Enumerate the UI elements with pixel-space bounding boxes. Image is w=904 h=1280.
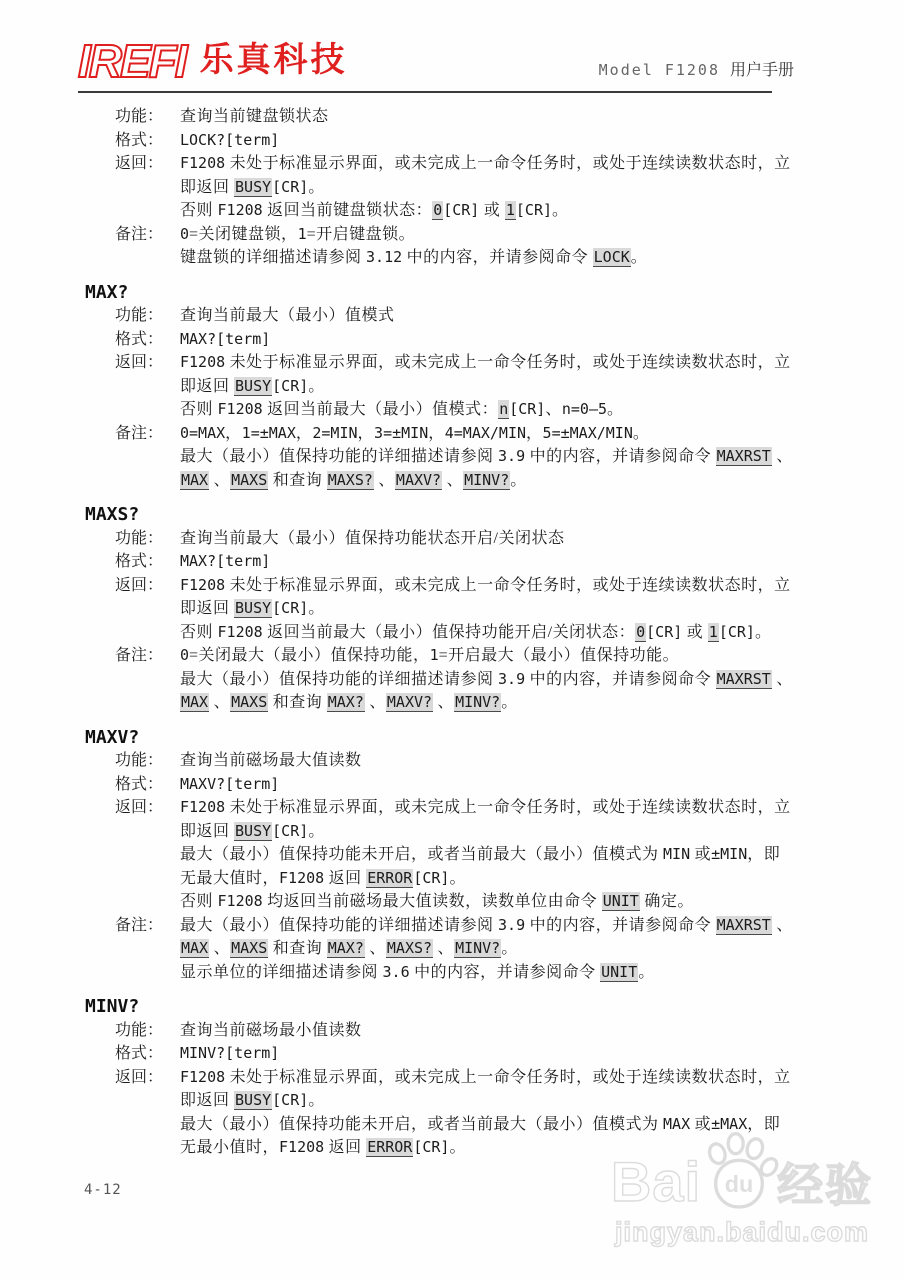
text-segment: ， (296, 425, 313, 442)
text-segment: 否则 (180, 893, 218, 910)
field-row: 格式：MAX?[term] (78, 328, 800, 352)
text-segment: 。 (308, 823, 325, 840)
text-segment: 、 (209, 694, 230, 711)
field-row: 返回：F1208 未处于标准显示界面，或未完成上一命令任务时，或处于连续读数状态… (78, 796, 800, 914)
text-segment: 。 (510, 472, 527, 489)
field-content: 查询当前最大（最小）值模式 (180, 304, 800, 328)
text-segment: 无最大值时， (180, 870, 279, 887)
text-line: MAX 、MAXS 和查询 MAX? 、MAXV? 、MINV?。 (180, 691, 800, 715)
field-content: 查询当前磁场最小值读数 (180, 1019, 800, 1043)
command-ref: MAXS? (386, 939, 433, 958)
command-ref: MAX? (327, 939, 365, 958)
watermark-jingyan-text: 经验 (777, 1149, 873, 1215)
command-ref: MAXV? (395, 471, 442, 490)
text-segment: 返回 (324, 870, 366, 887)
manual-page: IREFI 乐真科技 Model F1208 用户手册 功能：查询当前键盘锁状态… (0, 0, 904, 1280)
model-number: Model F1208 (599, 61, 720, 79)
text-segment: 0 (180, 225, 189, 243)
text-segment: 5=±MAX/MIN (543, 424, 633, 442)
text-segment: 。 (501, 940, 518, 957)
field-label: 功能： (115, 527, 180, 551)
text-segment: 和查询 (268, 940, 327, 957)
text-segment: 键盘锁的详细描述请参阅 (180, 249, 366, 266)
command-ref: 0 (432, 201, 443, 220)
text-segment: 。 (631, 249, 648, 266)
text-segment: 2=MIN (312, 424, 357, 442)
text-segment: 即返回 (180, 600, 234, 617)
command-title: MAXS? (85, 503, 800, 527)
text-segment: =关闭键盘锁， (189, 226, 298, 243)
field-content: F1208 未处于标准显示界面，或未完成上一命令任务时，或处于连续读数状态时，立… (180, 796, 800, 914)
text-segment: 。 (308, 600, 325, 617)
text-segment: 1=±MAX (242, 424, 296, 442)
text-segment: 1 (298, 225, 307, 243)
command-title: MAX? (85, 281, 800, 305)
command-ref: ERROR (366, 1138, 413, 1157)
command-ref: MAX? (327, 693, 365, 712)
field-row: 返回：F1208 未处于标准显示界面，或未完成上一命令任务时，或处于连续读数状态… (78, 152, 800, 223)
text-segment: 、 (433, 940, 454, 957)
field-row: 备注：最大（最小）值保持功能的详细描述请参阅 3.9 中的内容，并请参阅命令 M… (78, 914, 800, 985)
command-section: MAXV?功能：查询当前磁场最大值读数格式：MAXV?[term]返回：F120… (78, 726, 800, 985)
text-segment: 和查询 (268, 694, 327, 711)
text-segment: 3.9 (498, 916, 525, 934)
field-label: 功能： (115, 304, 180, 328)
text-segment: 、 (433, 694, 454, 711)
text-segment: ， (428, 425, 445, 442)
command-ref: LOCK (593, 248, 631, 267)
text-segment: 最大（最小）值保持功能未开启，或者当前最大（最小）值模式为 (180, 1116, 663, 1133)
field-label: 返回： (115, 152, 180, 223)
command-section: MINV?功能：查询当前磁场最小值读数格式：MINV?[term]返回：F120… (78, 995, 800, 1160)
watermark-du-text: du (725, 1171, 754, 1197)
text-line: 即返回 BUSY[CR]。 (180, 820, 800, 844)
text-segment: [CR] (646, 623, 682, 641)
text-line: 即返回 BUSY[CR]。 (180, 1089, 800, 1113)
text-line: 显示单位的详细描述请参阅 3.6 中的内容，并请参阅命令 UNIT。 (180, 961, 800, 985)
text-segment: F1208 (180, 798, 225, 816)
command-ref: MINV? (454, 939, 501, 958)
page-number: 4-12 (84, 1182, 122, 1198)
field-content: F1208 未处于标准显示界面，或未完成上一命令任务时，或处于连续读数状态时，立… (180, 574, 800, 645)
command-ref: MAXV? (386, 693, 433, 712)
text-segment: 。 (633, 425, 650, 442)
page-header: IREFI 乐真科技 Model F1208 用户手册 (78, 36, 794, 86)
text-segment: ±MAX (711, 1115, 747, 1133)
text-segment: 未处于标准显示界面，或未完成上一命令任务时，或处于连续读数状态时，立 (225, 354, 791, 371)
field-label: 返回： (115, 1066, 180, 1160)
text-segment: 即返回 (180, 1092, 234, 1109)
text-segment: 或 (690, 1116, 711, 1133)
text-segment: 。 (552, 202, 569, 219)
text-segment: ， (358, 425, 375, 442)
field-row: 备注：0=关闭键盘锁，1=开启键盘锁。键盘锁的详细描述请参阅 3.12 中的内容… (78, 223, 800, 270)
text-segment: F1208 (279, 869, 324, 887)
field-row: 格式：MAXV?[term] (78, 773, 800, 797)
text-segment: ， (225, 425, 242, 442)
text-segment: [CR] (272, 1091, 308, 1109)
field-row: 备注：0=MAX，1=±MAX，2=MIN，3=±MIN，4=MAX/MIN，5… (78, 422, 800, 493)
text-segment: [CR] (413, 869, 449, 887)
field-content: 查询当前键盘锁状态 (180, 105, 800, 129)
command-ref: MAXRST (716, 670, 772, 689)
text-segment: F1208 (279, 1138, 324, 1156)
text-line: 查询当前键盘锁状态 (180, 105, 800, 129)
text-segment: 1 (430, 646, 439, 664)
text-segment: 。 (449, 1139, 466, 1156)
header-divider (78, 91, 772, 93)
text-line: 键盘锁的详细描述请参阅 3.12 中的内容，并请参阅命令 LOCK。 (180, 246, 800, 270)
text-segment: 未处于标准显示界面，或未完成上一命令任务时，或处于连续读数状态时，立 (225, 799, 791, 816)
field-row: 备注：0=关闭最大（最小）值保持功能，1=开启最大（最小）值保持功能。最大（最小… (78, 644, 800, 715)
field-label: 格式： (115, 129, 180, 153)
text-line: F1208 未处于标准显示界面，或未完成上一命令任务时，或处于连续读数状态时，立 (180, 574, 800, 598)
text-line: F1208 未处于标准显示界面，或未完成上一命令任务时，或处于连续读数状态时，立 (180, 796, 800, 820)
watermark-brand-row: Bai du 经验 (582, 1146, 902, 1217)
text-segment: 中的内容，并请参阅命令 (410, 964, 601, 981)
text-segment: 即返回 (180, 179, 234, 196)
text-segment: 3.9 (498, 670, 525, 688)
text-line: MAX?[term] (180, 550, 800, 574)
field-label: 返回： (115, 796, 180, 914)
text-line: 0=MAX，1=±MAX，2=MIN，3=±MIN，4=MAX/MIN，5=±M… (180, 422, 800, 446)
text-segment: MAX?[term] (180, 552, 270, 570)
field-content: LOCK?[term] (180, 129, 800, 153)
text-segment: [CR] (719, 623, 755, 641)
text-segment: 4=MAX/MIN (445, 424, 526, 442)
text-segment: 查询当前键盘锁状态 (180, 108, 329, 125)
command-ref: BUSY (234, 1091, 272, 1110)
text-segment: 最大（最小）值保持功能未开启，或者当前最大（最小）值模式为 (180, 846, 663, 863)
text-segment: 即返回 (180, 823, 234, 840)
text-segment: 3.6 (383, 963, 410, 981)
field-content: 0=MAX，1=±MAX，2=MIN，3=±MIN，4=MAX/MIN，5=±M… (180, 422, 800, 493)
command-ref: MAXRST (716, 916, 772, 935)
doc-title: Model F1208 用户手册 (599, 57, 794, 86)
watermark-url: jingyan.baidu.com (582, 1217, 902, 1248)
field-content: 0=关闭键盘锁，1=开启键盘锁。键盘锁的详细描述请参阅 3.12 中的内容，并请… (180, 223, 800, 270)
watermark-bai-text: Bai (611, 1149, 701, 1214)
text-segment: 0=MAX (180, 424, 225, 442)
text-line: 否则 F1208 均返回当前磁场最大值读数，读数单位由命令 UNIT 确定。 (180, 890, 800, 914)
command-ref: ERROR (366, 869, 413, 888)
text-line: F1208 未处于标准显示界面，或未完成上一命令任务时，或处于连续读数状态时，立 (180, 351, 800, 375)
command-ref: MAX (180, 693, 209, 712)
command-ref: 1 (505, 201, 516, 220)
text-segment: =关闭最大（最小）值保持功能， (189, 647, 430, 664)
text-segment: 。 (607, 401, 624, 418)
text-line: MAXV?[term] (180, 773, 800, 797)
brand-logo: IREFI 乐真科技 (78, 36, 348, 86)
text-line: MAX 、MAXS 和查询 MAXS? 、MAXV? 、MINV?。 (180, 469, 800, 493)
text-segment: 、 (365, 694, 386, 711)
text-line: 0=关闭键盘锁，1=开启键盘锁。 (180, 223, 800, 247)
command-ref: MINV? (454, 693, 501, 712)
field-label: 格式： (115, 773, 180, 797)
text-segment: 0 (180, 646, 189, 664)
field-label: 备注： (115, 422, 180, 493)
text-segment: MAXV?[term] (180, 775, 279, 793)
text-segment: 、 (374, 472, 395, 489)
field-content: F1208 未处于标准显示界面，或未完成上一命令任务时，或处于连续读数状态时，立… (180, 152, 800, 223)
text-segment: 。 (308, 1092, 325, 1109)
text-segment: 、 (772, 671, 793, 688)
text-segment: 未处于标准显示界面，或未完成上一命令任务时，或处于连续读数状态时，立 (225, 577, 791, 594)
command-ref: MAXS (230, 693, 268, 712)
text-line: 查询当前最大（最小）值保持功能状态开启/关闭状态 (180, 527, 800, 551)
command-section: MAX?功能：查询当前最大（最小）值模式格式：MAX?[term]返回：F120… (78, 281, 800, 493)
field-row: 格式：MAX?[term] (78, 550, 800, 574)
iref-logo-mark: IREFI (78, 36, 186, 86)
text-segment: 无最小值时， (180, 1139, 279, 1156)
text-segment: n=0—5 (562, 400, 607, 418)
command-ref: MAXS (230, 471, 268, 490)
text-line: 最大（最小）值保持功能的详细描述请参阅 3.9 中的内容，并请参阅命令 MAXR… (180, 668, 800, 692)
text-segment: 中的内容，并请参阅命令 (402, 249, 593, 266)
text-segment: F1208 (218, 201, 263, 219)
text-segment: 、 (209, 940, 230, 957)
field-label: 备注： (115, 223, 180, 270)
paw-icon: du (697, 1132, 781, 1217)
text-line: MAX 、MAXS 和查询 MAX? 、MAXS? 、MINV?。 (180, 937, 800, 961)
field-label: 格式： (115, 550, 180, 574)
text-line: 查询当前磁场最小值读数 (180, 1019, 800, 1043)
field-label: 返回： (115, 574, 180, 645)
text-segment: [CR] (509, 400, 545, 418)
text-segment: 、 (772, 917, 793, 934)
text-segment: 、 (209, 472, 230, 489)
text-segment: [CR] (272, 377, 308, 395)
text-segment: 。 (501, 694, 518, 711)
text-line: 最大（最小）值保持功能的详细描述请参阅 3.9 中的内容，并请参阅命令 MAXR… (180, 914, 800, 938)
command-ref: UNIT (602, 892, 640, 911)
text-line: 否则 F1208 返回当前键盘锁状态：0[CR] 或 1[CR]。 (180, 199, 800, 223)
text-line: MAX?[term] (180, 328, 800, 352)
text-segment: 或 (479, 202, 505, 219)
text-segment: 否则 (180, 202, 218, 219)
field-row: 功能：查询当前磁场最大值读数 (78, 749, 800, 773)
text-segment: F1208 (218, 623, 263, 641)
text-line: MINV?[term] (180, 1042, 800, 1066)
text-segment: 未处于标准显示界面，或未完成上一命令任务时，或处于连续读数状态时，立 (225, 155, 791, 172)
text-line: 查询当前最大（最小）值模式 (180, 304, 800, 328)
text-segment: 均返回当前磁场最大值读数，读数单位由命令 (263, 893, 602, 910)
field-label: 功能： (115, 749, 180, 773)
text-segment: [CR] (413, 1138, 449, 1156)
field-label: 功能： (115, 105, 180, 129)
field-label: 格式： (115, 328, 180, 352)
text-line: 查询当前磁场最大值读数 (180, 749, 800, 773)
text-segment: 或 (690, 846, 711, 863)
text-segment: =开启键盘锁。 (307, 226, 416, 243)
text-segment: 中的内容，并请参阅命令 (525, 448, 716, 465)
text-segment: 和查询 (268, 472, 327, 489)
text-segment: [CR] (272, 599, 308, 617)
text-segment: 最大（最小）值保持功能的详细描述请参阅 (180, 448, 498, 465)
text-segment: 返回 (324, 1139, 366, 1156)
text-segment: MIN (663, 845, 690, 863)
command-ref: 0 (635, 623, 646, 642)
field-content: 最大（最小）值保持功能的详细描述请参阅 3.9 中的内容，并请参阅命令 MAXR… (180, 914, 800, 985)
field-row: 格式：MINV?[term] (78, 1042, 800, 1066)
text-segment: 或 (682, 624, 708, 641)
text-segment: [CR] (272, 822, 308, 840)
text-segment: 3.9 (498, 447, 525, 465)
text-line: 即返回 BUSY[CR]。 (180, 176, 800, 200)
field-content: MAX?[term] (180, 328, 800, 352)
field-row: 格式：LOCK?[term] (78, 129, 800, 153)
text-segment: 、 (545, 401, 562, 418)
text-segment: 显示单位的详细描述请参阅 (180, 964, 383, 981)
text-line: 即返回 BUSY[CR]。 (180, 375, 800, 399)
text-segment: 3=±MIN (374, 424, 428, 442)
field-row: 返回：F1208 未处于标准显示界面，或未完成上一命令任务时，或处于连续读数状态… (78, 351, 800, 422)
text-segment: LOCK?[term] (180, 131, 279, 149)
command-ref: MAXRST (716, 447, 772, 466)
text-segment: 、 (442, 472, 463, 489)
field-content: 查询当前磁场最大值读数 (180, 749, 800, 773)
field-label: 功能： (115, 1019, 180, 1043)
text-segment: ，即 (747, 1116, 780, 1133)
field-content: MAX?[term] (180, 550, 800, 574)
text-segment: F1208 (218, 400, 263, 418)
text-segment: [CR] (443, 201, 479, 219)
field-content: F1208 未处于标准显示界面，或未完成上一命令任务时，或处于连续读数状态时，立… (180, 351, 800, 422)
command-title: MAXV? (85, 726, 800, 750)
command-ref: BUSY (234, 377, 272, 396)
command-title: MINV? (85, 995, 800, 1019)
text-line: 否则 F1208 返回当前最大（最小）值模式：n[CR]、n=0—5。 (180, 398, 800, 422)
text-line: 否则 F1208 返回当前最大（最小）值保持功能开启/关闭状态：0[CR] 或 … (180, 621, 800, 645)
text-line: F1208 未处于标准显示界面，或未完成上一命令任务时，或处于连续读数状态时，立 (180, 152, 800, 176)
field-label: 返回： (115, 351, 180, 422)
command-ref: MAX (180, 471, 209, 490)
text-segment: 未处于标准显示界面，或未完成上一命令任务时，或处于连续读数状态时，立 (225, 1069, 791, 1086)
text-segment: 即返回 (180, 378, 234, 395)
text-line: 最大（最小）值保持功能的详细描述请参阅 3.9 中的内容，并请参阅命令 MAXR… (180, 445, 800, 469)
text-segment: 。 (449, 870, 466, 887)
text-segment: 查询当前磁场最大值读数 (180, 752, 362, 769)
text-segment: 最大（最小）值保持功能的详细描述请参阅 (180, 917, 498, 934)
text-segment: 中的内容，并请参阅命令 (525, 671, 716, 688)
command-ref: MINV? (463, 471, 510, 490)
text-segment: ±MIN (711, 845, 747, 863)
text-segment: F1208 (218, 892, 263, 910)
text-segment: 返回当前最大（最小）值模式： (263, 401, 499, 418)
text-segment: 。 (308, 378, 325, 395)
text-line: LOCK?[term] (180, 129, 800, 153)
field-row: 功能：查询当前键盘锁状态 (78, 105, 800, 129)
text-segment: 中的内容，并请参阅命令 (525, 917, 716, 934)
field-content: 0=关闭最大（最小）值保持功能，1=开启最大（最小）值保持功能。最大（最小）值保… (180, 644, 800, 715)
text-segment: =开启最大（最小）值保持功能。 (439, 647, 680, 664)
text-line: 无最大值时，F1208 返回 ERROR[CR]。 (180, 867, 800, 891)
command-ref: MAXS? (327, 471, 374, 490)
text-segment: 查询当前磁场最小值读数 (180, 1022, 362, 1039)
field-label: 备注： (115, 644, 180, 715)
text-segment: [CR] (516, 201, 552, 219)
text-segment: 3.12 (366, 248, 402, 266)
text-segment: 。 (638, 964, 655, 981)
text-segment: MAX (663, 1115, 690, 1133)
text-line: 即返回 BUSY[CR]。 (180, 597, 800, 621)
text-segment: 否则 (180, 401, 218, 418)
command-ref: BUSY (234, 822, 272, 841)
text-line: F1208 未处于标准显示界面，或未完成上一命令任务时，或处于连续读数状态时，立 (180, 1066, 800, 1090)
command-ref: n (498, 400, 509, 419)
command-ref: BUSY (234, 178, 272, 197)
command-ref: MAX (180, 939, 209, 958)
text-segment: 查询当前最大（最小）值模式 (180, 307, 395, 324)
text-segment: ， (526, 425, 543, 442)
text-segment: 。 (755, 624, 772, 641)
command-ref: UNIT (600, 963, 638, 982)
baidu-jingyan-watermark: Bai du 经验 jingyan.baidu.com (582, 1146, 902, 1248)
company-name: 乐真科技 (200, 41, 348, 81)
text-segment: 确定。 (640, 893, 694, 910)
text-segment: F1208 (180, 576, 225, 594)
command-section: 功能：查询当前键盘锁状态格式：LOCK?[term]返回：F1208 未处于标准… (78, 105, 800, 270)
text-segment: 返回当前最大（最小）值保持功能开启/关闭状态： (263, 624, 635, 641)
doc-body: 功能：查询当前键盘锁状态格式：LOCK?[term]返回：F1208 未处于标准… (78, 105, 800, 1160)
command-ref: 1 (708, 623, 719, 642)
command-ref: BUSY (234, 599, 272, 618)
text-segment: 否则 (180, 624, 218, 641)
text-segment: ，即 (747, 846, 780, 863)
text-segment: 最大（最小）值保持功能的详细描述请参阅 (180, 671, 498, 688)
field-label: 格式： (115, 1042, 180, 1066)
text-segment: 、 (365, 940, 386, 957)
field-label: 备注： (115, 914, 180, 985)
text-segment: MINV?[term] (180, 1044, 279, 1062)
text-segment: [CR] (272, 178, 308, 196)
text-segment: 、 (772, 448, 793, 465)
text-segment: MAX?[term] (180, 330, 270, 348)
manual-label: 用户手册 (730, 62, 794, 79)
text-line: 最大（最小）值保持功能未开启，或者当前最大（最小）值模式为 MIN 或±MIN，… (180, 843, 800, 867)
text-segment: F1208 (180, 353, 225, 371)
text-segment: 。 (308, 179, 325, 196)
field-content: 查询当前最大（最小）值保持功能状态开启/关闭状态 (180, 527, 800, 551)
command-ref: MAXS (230, 939, 268, 958)
text-segment: 查询当前最大（最小）值保持功能状态开启/关闭状态 (180, 530, 564, 547)
field-content: MAXV?[term] (180, 773, 800, 797)
text-segment: 返回当前键盘锁状态： (263, 202, 433, 219)
text-segment: F1208 (180, 1068, 225, 1086)
field-row: 返回：F1208 未处于标准显示界面，或未完成上一命令任务时，或处于连续读数状态… (78, 574, 800, 645)
command-section: MAXS?功能：查询当前最大（最小）值保持功能状态开启/关闭状态格式：MAX?[… (78, 503, 800, 715)
field-row: 功能：查询当前最大（最小）值模式 (78, 304, 800, 328)
text-segment: F1208 (180, 154, 225, 172)
field-row: 功能：查询当前磁场最小值读数 (78, 1019, 800, 1043)
field-row: 功能：查询当前最大（最小）值保持功能状态开启/关闭状态 (78, 527, 800, 551)
text-line: 0=关闭最大（最小）值保持功能，1=开启最大（最小）值保持功能。 (180, 644, 800, 668)
field-content: MINV?[term] (180, 1042, 800, 1066)
